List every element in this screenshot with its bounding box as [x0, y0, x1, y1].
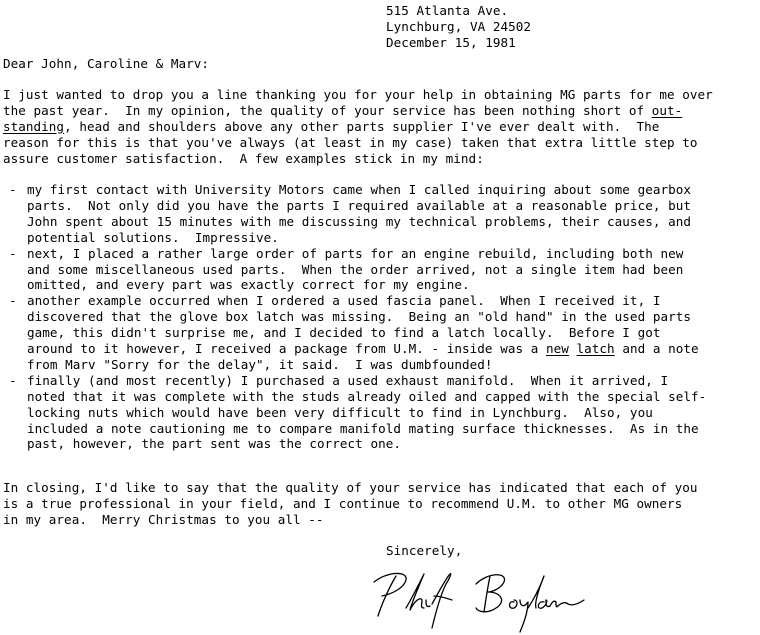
closing-paragraph-line: In closing, I'd like to say that the qua… [3, 480, 698, 496]
example-4-line: past, however, the part sent was the cor… [27, 436, 401, 452]
text-run: next, I placed a rather large order of p… [27, 246, 683, 261]
text-run: past, however, the part sent was the cor… [27, 436, 401, 451]
example-4-line: noted that it was complete with the stud… [27, 389, 706, 405]
text-run: another example occurred when I ordered … [27, 293, 660, 308]
text-run: potential solutions. Impressive. [27, 230, 279, 245]
example-2-line: next, I placed a rather large order of p… [27, 246, 683, 262]
example-3-line: from Marv "Sorry for the delay", it said… [27, 357, 493, 373]
text-run: my first contact with University Motors … [27, 182, 691, 197]
text-run: omitted, and every part was exactly corr… [27, 277, 470, 292]
text-run: John spent about 15 minutes with me disc… [27, 214, 691, 229]
text-run: assure customer satisfaction. A few exam… [3, 151, 484, 166]
text-run: finally (and most recently) I purchased … [27, 373, 668, 388]
intro-paragraph-line: standing, head and shoulders above any o… [3, 119, 659, 135]
underlined-text: latch [577, 341, 615, 356]
text-run [569, 341, 577, 356]
example-4-line: included a note cautioning me to compare… [27, 421, 699, 437]
intro-paragraph-line: reason for this is that you've always (a… [3, 135, 698, 151]
text-run: game, this didn't surprise me, and I dec… [27, 325, 660, 340]
example-bullet: - [9, 293, 17, 309]
letter-page: 515 Atlanta Ave. Lynchburg, VA 24502 Dec… [0, 0, 760, 635]
text-run: locking nuts which would have been very … [27, 405, 653, 420]
text-run: discovered that the glove box latch was … [27, 309, 691, 324]
example-1-line: parts. Not only did you have the parts I… [27, 198, 691, 214]
example-2-line: and some miscellaneous used parts. When … [27, 262, 683, 278]
underlined-text: out- [652, 103, 683, 118]
example-3-line: around to it however, I received a packa… [27, 341, 699, 357]
closing-paragraph-line: is a true professional in your field, an… [3, 496, 682, 512]
valediction: Sincerely, [386, 543, 462, 559]
example-3-line: game, this didn't surprise me, and I dec… [27, 325, 660, 341]
text-run: parts. Not only did you have the parts I… [27, 198, 691, 213]
example-3-line: another example occurred when I ordered … [27, 293, 660, 309]
sender-address-line-1: 515 Atlanta Ave. [386, 3, 508, 19]
example-bullet: - [9, 182, 17, 198]
example-4-line: finally (and most recently) I purchased … [27, 373, 668, 389]
salutation: Dear John, Caroline & Marv: [3, 56, 209, 72]
text-run: noted that it was complete with the stud… [27, 389, 706, 404]
handwritten-signature: Phil Boylan [368, 568, 588, 634]
text-run: and some miscellaneous used parts. When … [27, 262, 683, 277]
text-run: included a note cautioning me to compare… [27, 421, 699, 436]
example-3-line: discovered that the glove box latch was … [27, 309, 691, 325]
sender-address-line-2: Lynchburg, VA 24502 [386, 19, 531, 35]
intro-paragraph-line: the past year. In my opinion, the qualit… [3, 103, 682, 119]
text-run: reason for this is that you've always (a… [3, 135, 698, 150]
closing-paragraph-line: in my area. Merry Christmas to you all -… [3, 512, 324, 528]
underlined-text: new [546, 341, 569, 356]
example-bullet: - [9, 246, 17, 262]
example-4-line: locking nuts which would have been very … [27, 405, 653, 421]
text-run: from Marv "Sorry for the delay", it said… [27, 357, 493, 372]
text-run: the past year. In my opinion, the qualit… [3, 103, 652, 118]
example-1-line: potential solutions. Impressive. [27, 230, 279, 246]
underlined-text: standing [3, 119, 64, 134]
example-1-line: John spent about 15 minutes with me disc… [27, 214, 691, 230]
example-1-line: my first contact with University Motors … [27, 182, 691, 198]
intro-paragraph-line: assure customer satisfaction. A few exam… [3, 151, 484, 167]
text-run: , head and shoulders above any other par… [64, 119, 659, 134]
text-run: around to it however, I received a packa… [27, 341, 546, 356]
example-bullet: - [9, 373, 17, 389]
text-run: and a note [615, 341, 699, 356]
text-run: I just wanted to drop you a line thankin… [3, 87, 713, 102]
intro-paragraph-line: I just wanted to drop you a line thankin… [3, 87, 713, 103]
letter-date: December 15, 1981 [386, 35, 516, 51]
example-2-line: omitted, and every part was exactly corr… [27, 277, 470, 293]
